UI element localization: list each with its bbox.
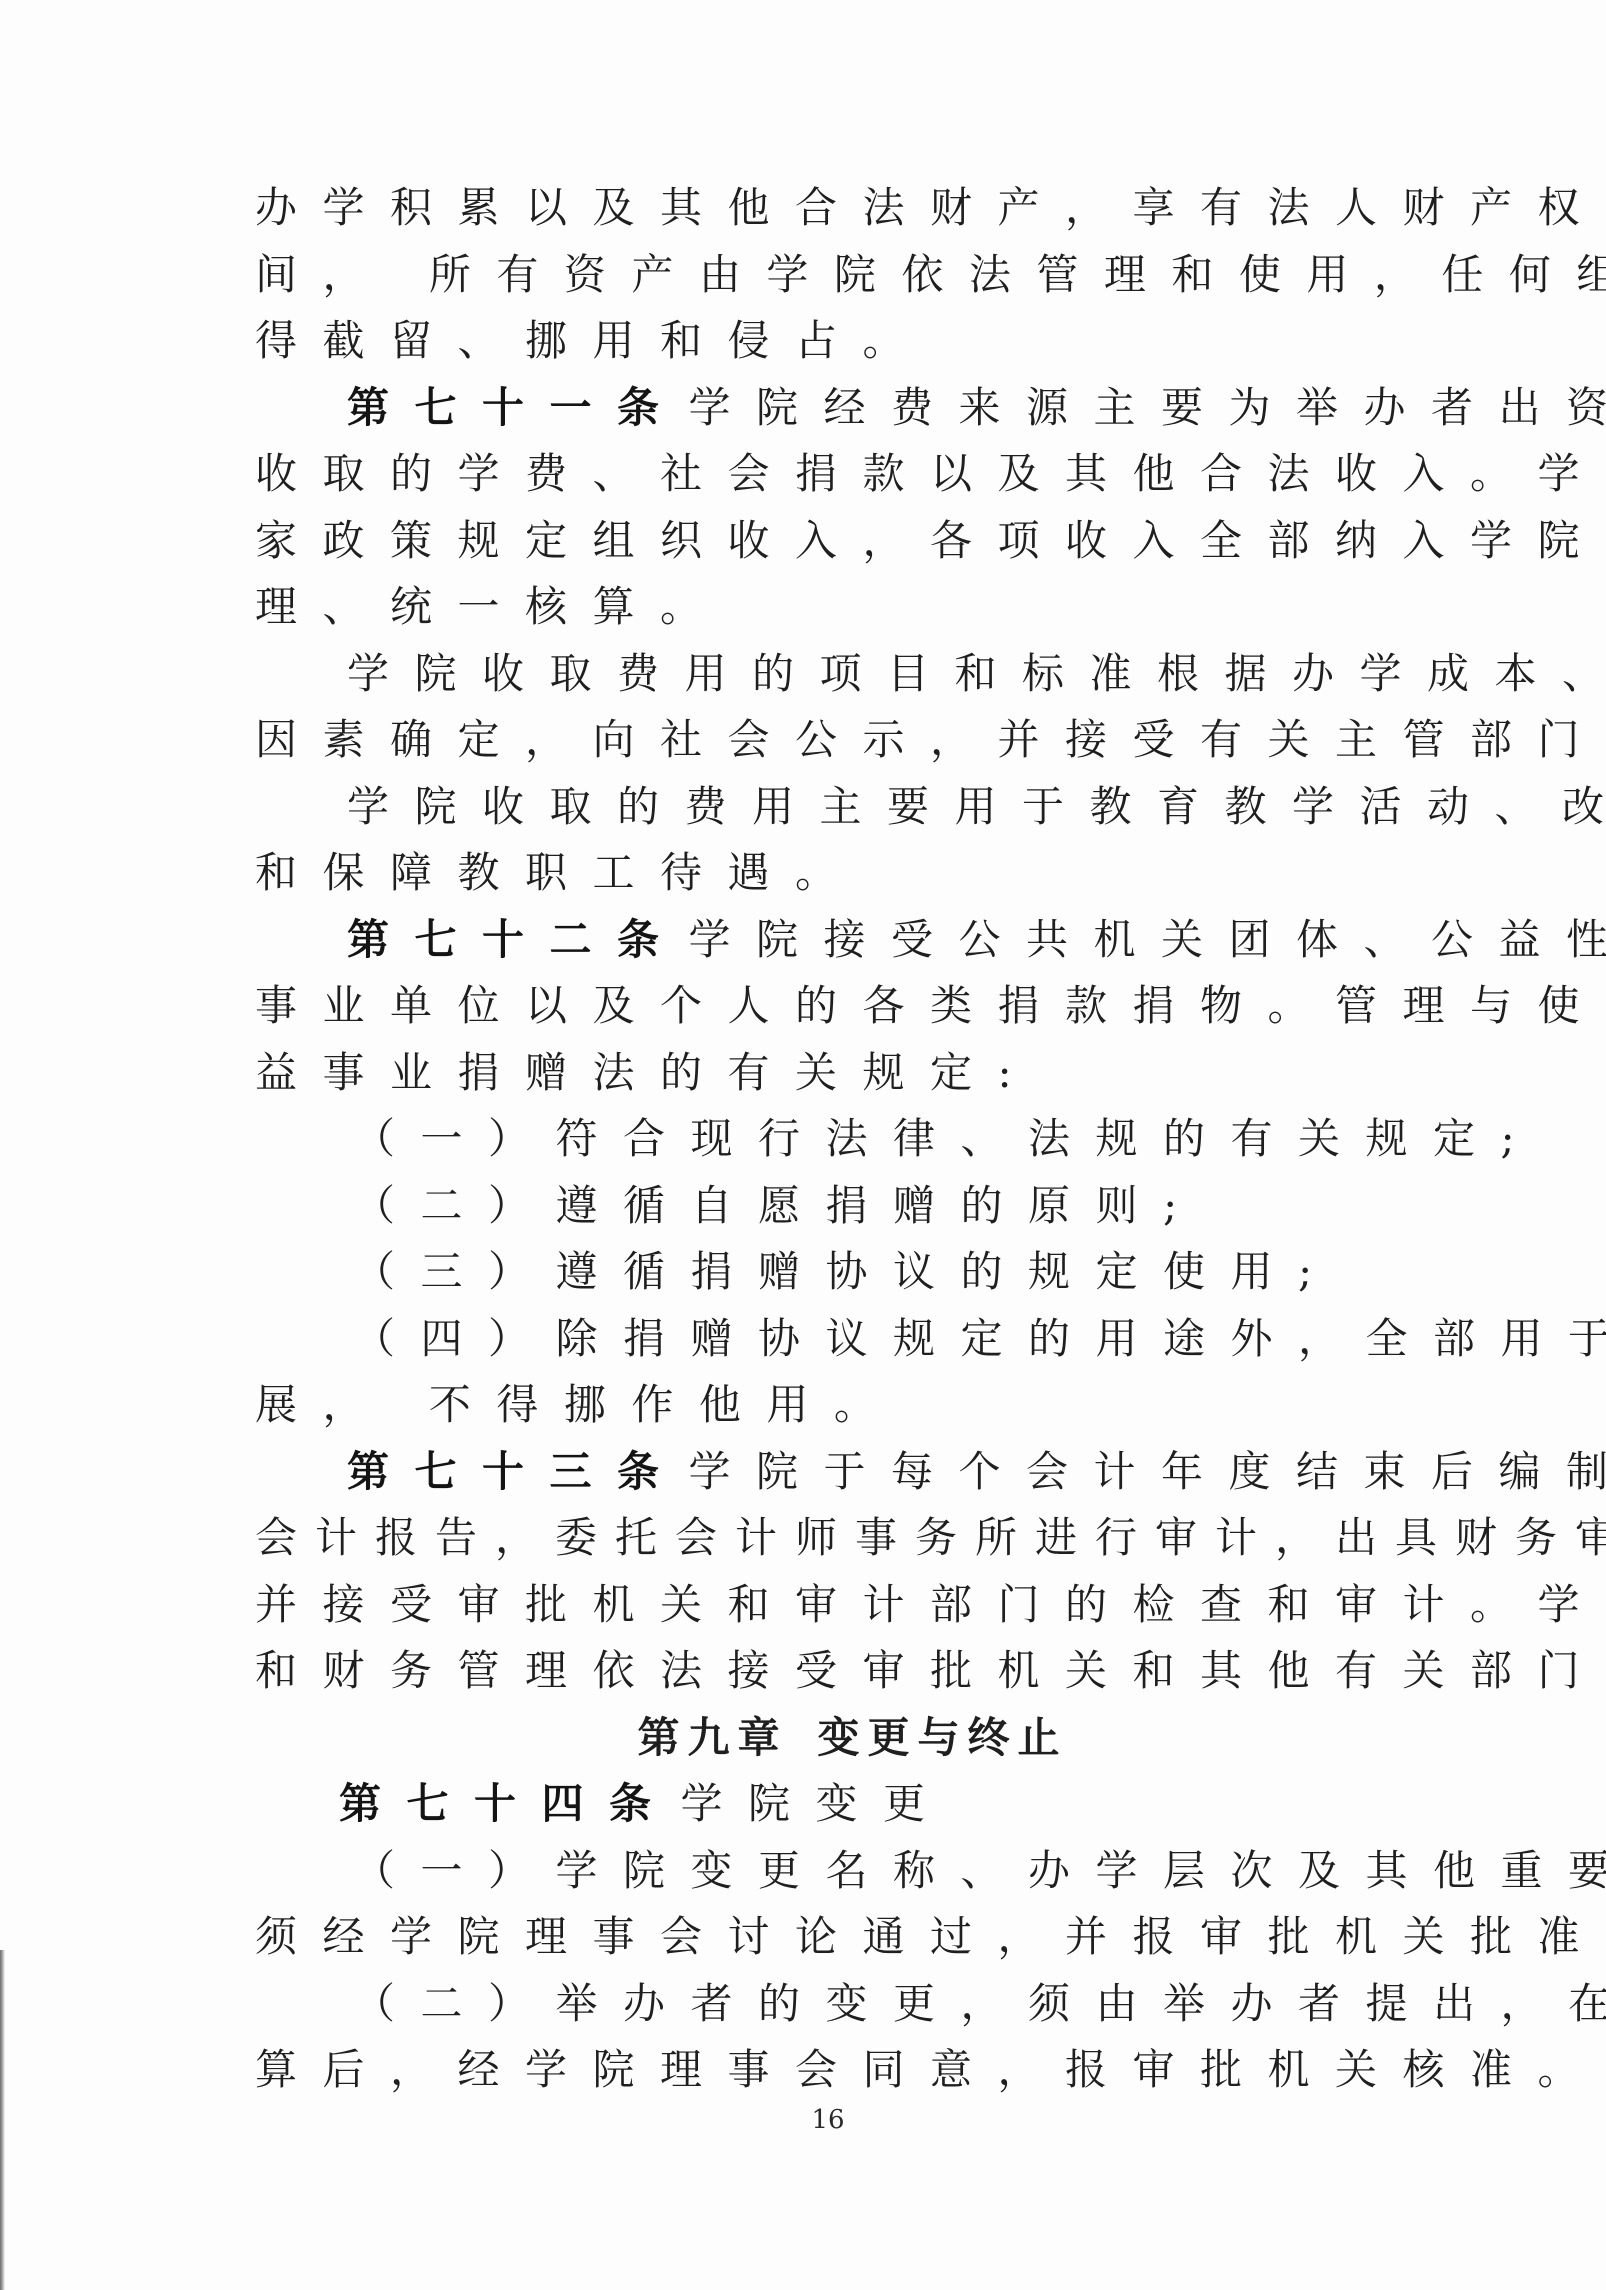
text-line: 和财务管理依法接受审批机关和其他有关部门的监督。 (255, 1638, 1410, 1705)
text-line: 间， 所有资产由学院依法管理和使用，任何组织和个人不 (255, 242, 1410, 309)
article-text: 学院于每个会计年度结束后编制年度财务 (689, 1447, 1606, 1496)
list-item: （二）遵循自愿捐赠的原则; (255, 1173, 1410, 1240)
text-line: 事业单位以及个人的各类捐款捐物。管理与使用严格执行公 (255, 973, 1410, 1040)
page-number: 16 (0, 2105, 1606, 2135)
list-item: （一）符合现行法律、法规的有关规定; (255, 1106, 1410, 1173)
list-item: （一）学院变更名称、办学层次及其他重要事项的，必 (255, 1838, 1410, 1905)
text-line: 会计报告，委托会计师事务所进行审计，出具财务审计报告， (255, 1505, 1410, 1572)
text-line: 办学积累以及其他合法财产，享有法人财产权。学院存续期 (255, 175, 1410, 242)
article-74: 第七十四条学院变更 (255, 1771, 1410, 1838)
article-text: 学院接受公共机关团体、公益性团体、企 (689, 915, 1606, 964)
article-text: 学院经费来源主要为举办者出资、依法（规） (689, 383, 1606, 432)
list-item: （三）遵循捐赠协议的规定使用; (255, 1239, 1410, 1306)
article-71: 第七十一条学院经费来源主要为举办者出资、依法（规） (255, 375, 1410, 442)
text-line: 家政策规定组织收入，各项收入全部纳入学院预算，统一管 (255, 508, 1410, 575)
text-line: 益事业捐赠法的有关规定: (255, 1040, 1410, 1107)
chapter-heading: 第九章变更与终止 (255, 1705, 1410, 1772)
text-line: 得截留、挪用和侵占。 (255, 308, 1410, 375)
text-line: 展， 不得挪作他用。 (255, 1372, 1410, 1439)
text-line: 并接受审批机关和审计部门的检查和审计。学院资产的使用 (255, 1572, 1410, 1639)
article-label: 第七十一条 (347, 383, 685, 432)
text-line: 理、统一核算。 (255, 574, 1410, 641)
article-text: 学院变更 (681, 1779, 951, 1828)
list-item: （二）举办者的变更，须由举办者提出，在进行财务清 (255, 1971, 1410, 2038)
article-73: 第七十三条学院于每个会计年度结束后编制年度财务 (255, 1439, 1410, 1506)
article-label: 第七十三条 (347, 1447, 685, 1496)
text-line: 须经学院理事会讨论通过，并报审批机关批准; (255, 1904, 1410, 1971)
article-label: 第七十四条 (339, 1779, 677, 1828)
paragraph-line: 学院收取的费用主要用于教育教学活动、改善办学条件 (255, 774, 1410, 841)
chapter-number: 第九章 (637, 1713, 787, 1762)
text-line: 收取的学费、社会捐款以及其他合法收入。学院严格按照国 (255, 441, 1410, 508)
paragraph-line: 学院收取费用的项目和标准根据办学成本、市场需求等 (255, 641, 1410, 708)
list-item: （四）除捐赠协议规定的用途外，全部用于学院事业发 (255, 1306, 1410, 1373)
article-72: 第七十二条学院接受公共机关团体、公益性团体、企 (255, 907, 1410, 974)
text-line: 和保障教职工待遇。 (255, 840, 1410, 907)
text-line: 因素确定，向社会公示，并接受有关主管部门的监督。 (255, 707, 1410, 774)
article-label: 第七十二条 (347, 915, 685, 964)
text-line: 算后，经学院理事会同意，报审批机关核准。 (255, 2037, 1410, 2104)
chapter-title: 变更与终止 (818, 1713, 1068, 1762)
document-page: 办学积累以及其他合法财产，享有法人财产权。学院存续期 间， 所有资产由学院依法管… (255, 175, 1410, 2104)
